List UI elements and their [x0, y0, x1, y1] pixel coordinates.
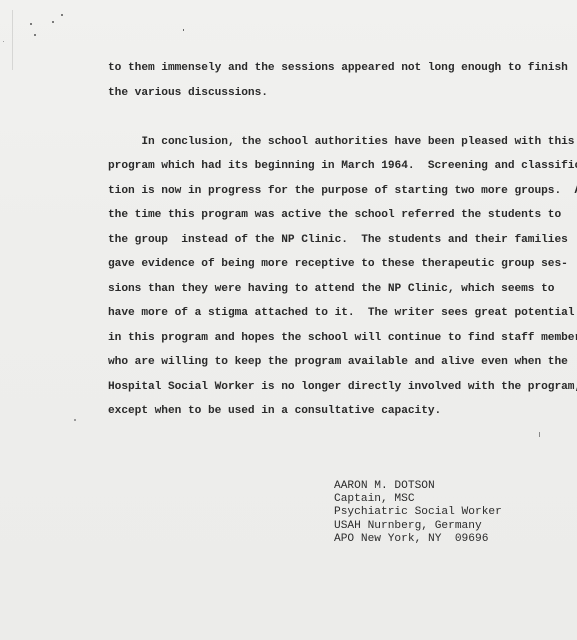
text-line: who are willing to keep the program avai…: [108, 350, 570, 375]
paper-edge-mark: [12, 10, 13, 70]
text-line: to them immensely and the sessions appea…: [108, 56, 570, 81]
paragraph-gap: [108, 105, 570, 130]
text-line: the various discussions.: [108, 81, 570, 106]
text-line: sions than they were having to attend th…: [108, 277, 570, 302]
text-line: tion is now in progress for the purpose …: [108, 179, 570, 204]
text-line: the group instead of the NP Clinic. The …: [108, 228, 570, 253]
scan-speck: [183, 29, 184, 31]
text-line: Hospital Social Worker is no longer dire…: [108, 375, 570, 400]
scan-speck: [30, 23, 32, 25]
text-line: gave evidence of being more receptive to…: [108, 252, 570, 277]
text-line: in this program and hopes the school wil…: [108, 326, 570, 351]
document-body: to them immensely and the sessions appea…: [108, 56, 570, 424]
text-line: In conclusion, the school authorities ha…: [108, 130, 570, 155]
scan-speck: [74, 419, 76, 421]
signatory-name: AARON M. DOTSON: [334, 480, 502, 493]
scan-speck: [34, 34, 36, 36]
scan-speck: [61, 14, 63, 16]
scan-mark: [539, 432, 540, 437]
scan-speck: [3, 41, 4, 42]
text-line: program which had its beginning in March…: [108, 154, 570, 179]
signatory-title: Psychiatric Social Worker: [334, 506, 502, 519]
signature-block: AARON M. DOTSON Captain, MSC Psychiatric…: [334, 480, 502, 546]
signatory-unit: USAH Nurnberg, Germany: [334, 520, 502, 533]
text-line: except when to be used in a consultative…: [108, 399, 570, 424]
text-line: have more of a stigma attached to it. Th…: [108, 301, 570, 326]
signatory-rank: Captain, MSC: [334, 493, 502, 506]
scan-speck: [52, 21, 54, 23]
scanned-document-page: to them immensely and the sessions appea…: [0, 0, 577, 640]
signatory-address: APO New York, NY 09696: [334, 533, 502, 546]
text-line: the time this program was active the sch…: [108, 203, 570, 228]
